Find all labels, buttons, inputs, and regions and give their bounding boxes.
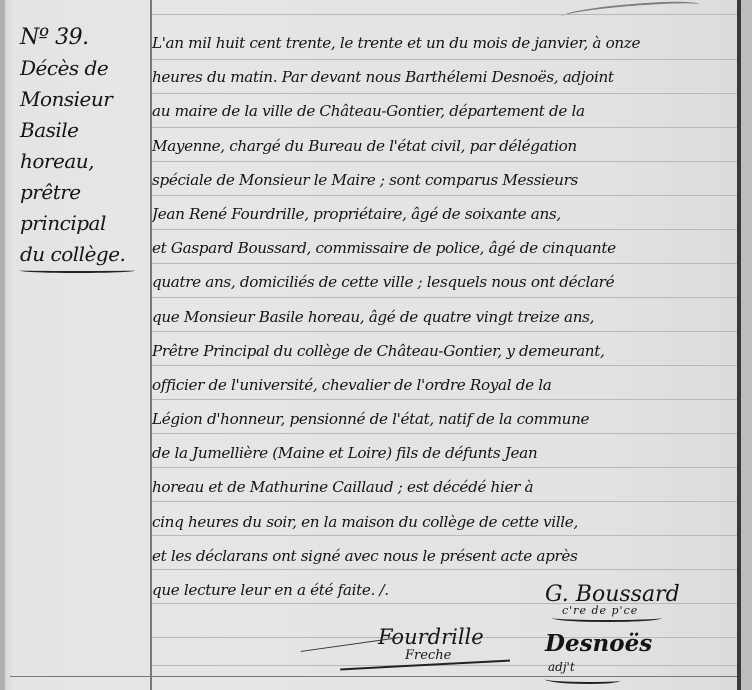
body-line: officier de l'université, chevalier de l…: [152, 368, 737, 402]
page-left-edge: [0, 0, 5, 690]
previous-entry-flourish: [560, 0, 701, 23]
margin-annotation: Nº 39. Décès de Monsieur Basile horeau, …: [20, 22, 145, 270]
ruled-line: [152, 665, 737, 666]
margin-line: du collège.: [20, 239, 145, 270]
body-line: Mayenne, chargé du Bureau de l'état civi…: [152, 129, 737, 163]
margin-line: Monsieur: [20, 84, 145, 115]
body-line: L'an mil huit cent trente, le trente et …: [152, 26, 737, 60]
entry-separator-line: [10, 676, 737, 677]
body-line: heures du matin. Par devant nous Barthél…: [152, 60, 737, 94]
register-page: Nº 39. Décès de Monsieur Basile horeau, …: [0, 0, 752, 690]
signature-flourish: [552, 614, 662, 622]
margin-line: principal: [20, 208, 145, 239]
entry-number: Nº 39.: [20, 22, 145, 53]
entry-body-text: L'an mil huit cent trente, le trente et …: [152, 26, 737, 607]
body-line: Légion d'honneur, pensionné de l'état, n…: [152, 402, 737, 436]
body-line: Prêtre Principal du collège de Château-G…: [152, 334, 737, 368]
body-line: de la Jumellière (Maine et Loire) fils d…: [152, 436, 737, 470]
body-line: et les déclarans ont signé avec nous le …: [152, 539, 737, 573]
signature-desnoes: Desnoës: [545, 630, 652, 657]
body-line: Jean René Fourdrille, propriétaire, âgé …: [152, 197, 737, 231]
body-line: et Gaspard Boussard, commissaire de poli…: [152, 231, 737, 265]
body-line: cinq heures du soir, en la maison du col…: [152, 505, 737, 539]
body-line: horeau et de Mathurine Caillaud ; est dé…: [152, 470, 737, 504]
body-line: que Monsieur Basile horeau, âgé de quatr…: [152, 300, 737, 334]
margin-line: Basile: [20, 115, 145, 146]
body-line: au maire de la ville de Château-Gontier,…: [152, 94, 737, 128]
ruled-line: [152, 14, 737, 15]
page-gutter-shadow: [741, 0, 752, 690]
margin-line: horeau,: [20, 146, 145, 177]
signature-flourish: [545, 676, 620, 684]
signature-desnoes-title: adj't: [548, 660, 575, 674]
margin-line: prêtre: [20, 177, 145, 208]
margin-underline-flourish: [20, 268, 135, 273]
body-line: spéciale de Monsieur le Maire ; sont com…: [152, 163, 737, 197]
margin-line: Décès de: [20, 53, 145, 84]
body-line: quatre ans, domiciliés de cette ville ; …: [152, 265, 737, 299]
